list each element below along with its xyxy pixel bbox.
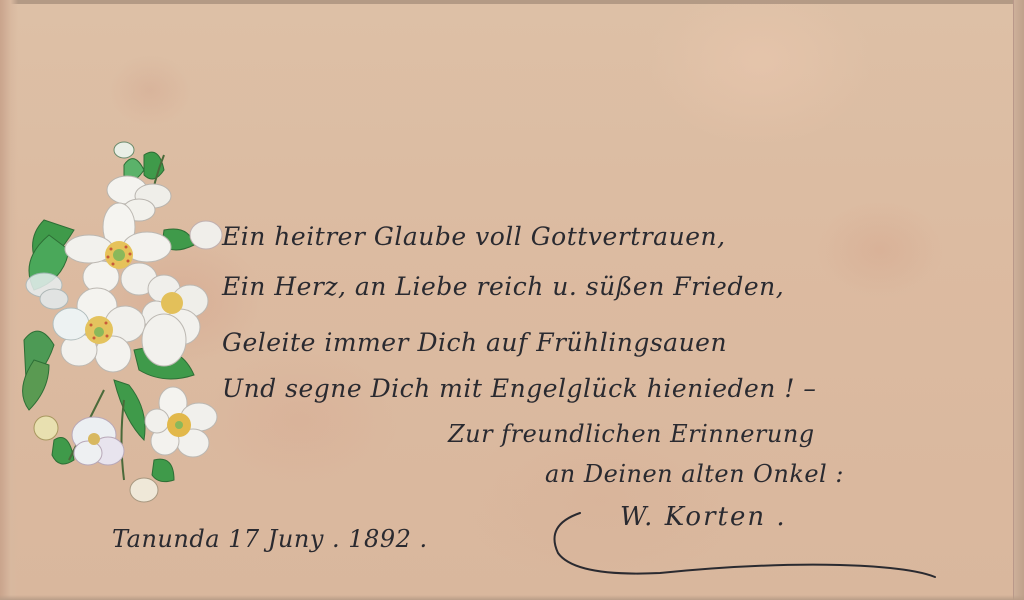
album-page: Ein heitrer Glaube voll Gottvertrauen, E… — [0, 0, 1024, 600]
poem-line-3: Geleite immer Dich auf Frühlingsauen — [222, 328, 727, 357]
page-right-edge — [1013, 0, 1024, 600]
poem-line-2: Ein Herz, an Liebe reich u. süßen Friede… — [222, 272, 784, 301]
dedication-line: Zur freundlichen Erinnerung — [448, 420, 815, 448]
page-top-edge — [0, 0, 1024, 4]
poem-line-4: Und segne Dich mit Engelglück hienieden … — [222, 374, 816, 403]
place-date: Tanunda 17 Juny . 1892 . — [112, 525, 428, 553]
flower-bouquet-icon — [14, 140, 230, 510]
poem-line-1: Ein heitrer Glaube voll Gottvertrauen, — [222, 222, 726, 251]
page-bottom-edge — [0, 595, 1024, 600]
from-line: an Deinen alten Onkel : — [545, 460, 844, 488]
signature-flourish-icon — [540, 505, 940, 595]
